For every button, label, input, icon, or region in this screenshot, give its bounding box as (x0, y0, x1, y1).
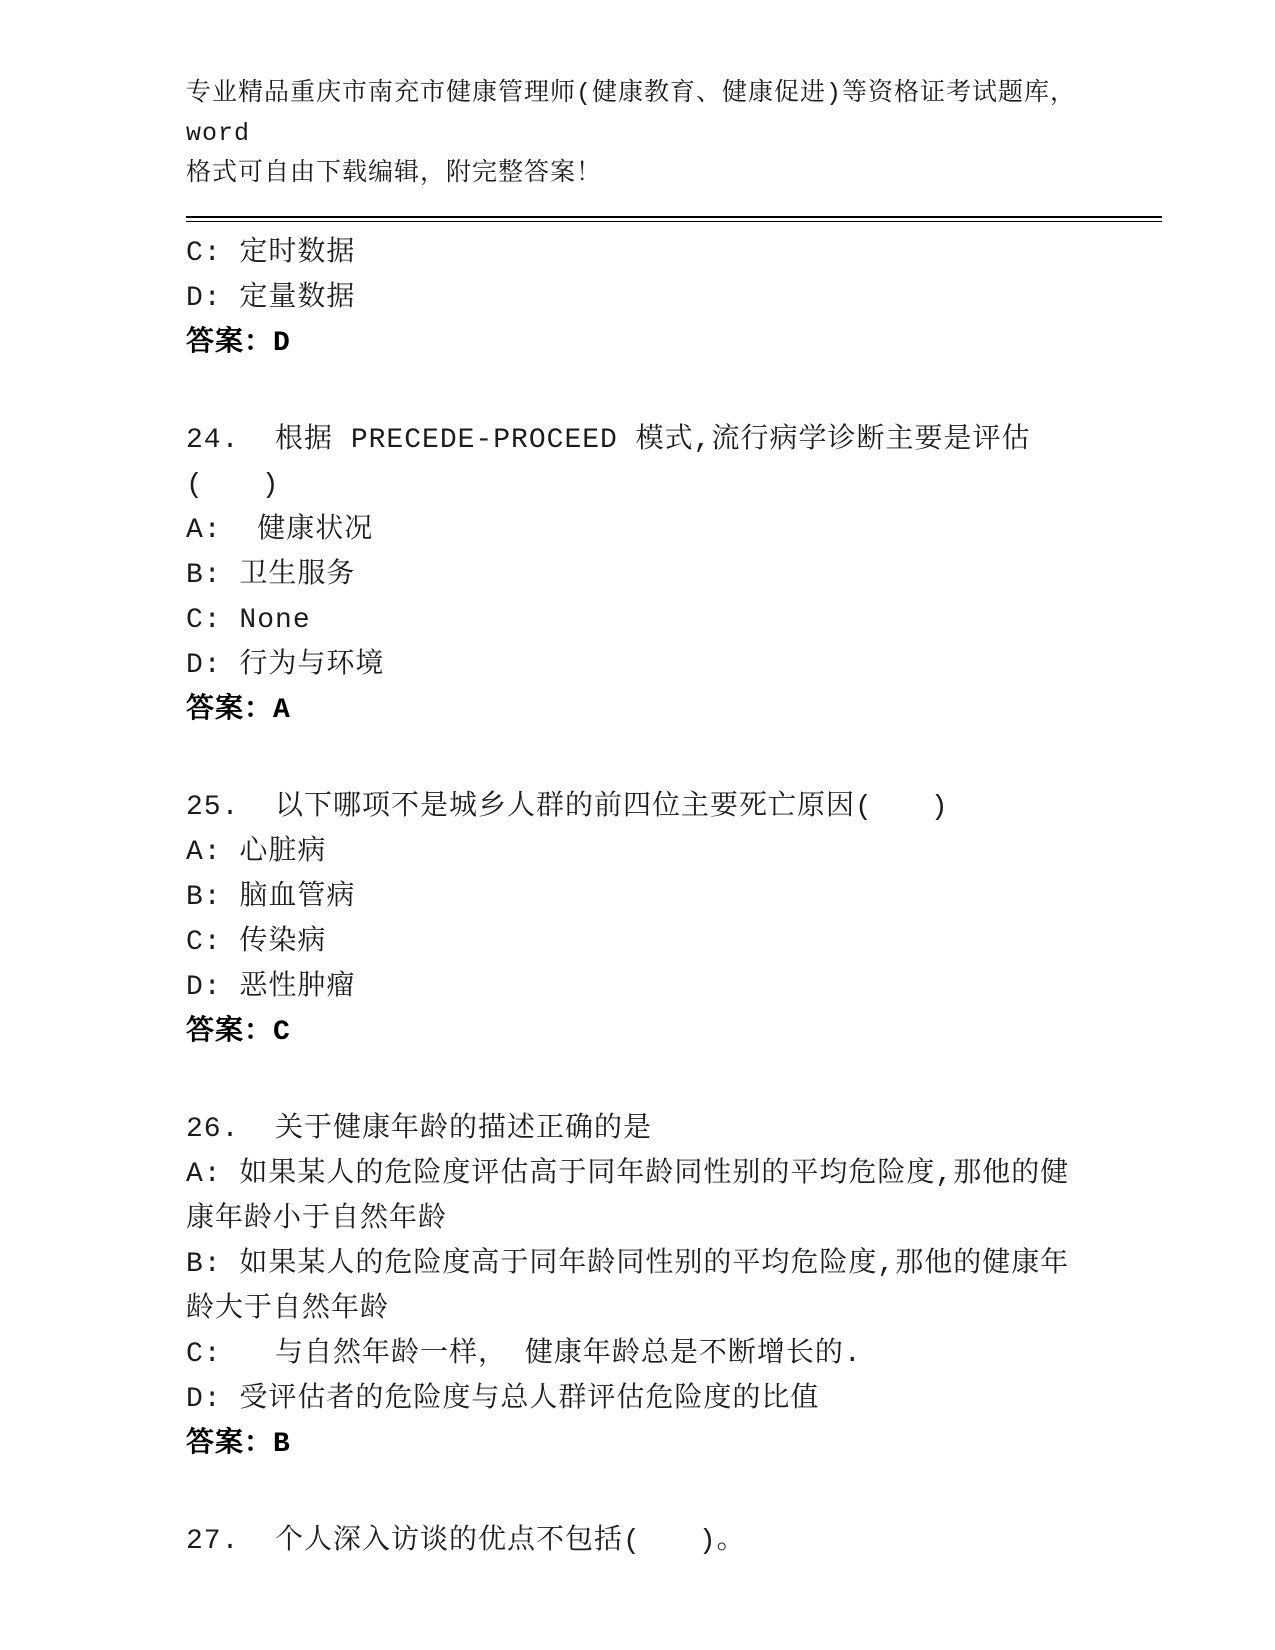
question-block: 27. 个人深入访谈的优点不包括( )。 (186, 1519, 1091, 1564)
answer-line: 答案：A (186, 688, 1091, 733)
answer-line: 答案：C (186, 1010, 1091, 1055)
question-stem: 25. 以下哪项不是城乡人群的前四位主要死亡原因( ) (186, 785, 1091, 830)
question-stem: 27. 个人深入访谈的优点不包括( )。 (186, 1519, 1091, 1564)
answer-line: 答案：B (186, 1422, 1091, 1467)
document-page: 专业精品重庆市南充市健康管理师(健康教育、健康促进)等资格证考试题库，word … (0, 0, 1275, 1650)
option-line: C: None (186, 598, 1091, 643)
option-line: D: 受评估者的危险度与总人群评估危险度的比值 (186, 1377, 1091, 1422)
option-line: B: 如果某人的危险度高于同年龄同性别的平均危险度,那他的健康年龄大于自然年龄 (186, 1242, 1091, 1332)
question-block: 25. 以下哪项不是城乡人群的前四位主要死亡原因( )A: 心脏病B: 脑血管病… (186, 785, 1091, 1055)
option-line: B: 脑血管病 (186, 875, 1091, 920)
question-block: 26. 关于健康年龄的描述正确的是A: 如果某人的危险度评估高于同年龄同性别的平… (186, 1107, 1091, 1467)
option-line: A: 健康状况 (186, 508, 1091, 553)
option-line: C: 与自然年龄一样， 健康年龄总是不断增长的. (186, 1332, 1091, 1377)
option-line: A: 如果某人的危险度评估高于同年龄同性别的平均危险度,那他的健康年龄小于自然年… (186, 1152, 1091, 1242)
question-block: C: 定时数据D: 定量数据答案：D (186, 231, 1091, 366)
question-block: 24. 根据 PRECEDE-PROCEED 模式,流行病学诊断主要是评估( )… (186, 418, 1091, 733)
question-stem: 26. 关于健康年龄的描述正确的是 (186, 1107, 1091, 1152)
answer-line: 答案：D (186, 321, 1091, 366)
document-body: C: 定时数据D: 定量数据答案：D24. 根据 PRECEDE-PROCEED… (186, 222, 1091, 1564)
header-line-2: 格式可自由下载编辑，附完整答案！ (186, 154, 1091, 194)
option-line: C: 定时数据 (186, 231, 1091, 276)
option-line: D: 行为与环境 (186, 643, 1091, 688)
option-line: D: 定量数据 (186, 276, 1091, 321)
option-line: B: 卫生服务 (186, 553, 1091, 598)
option-line: D: 恶性肿瘤 (186, 965, 1091, 1010)
option-line: C: 传染病 (186, 920, 1091, 965)
question-stem: 24. 根据 PRECEDE-PROCEED 模式,流行病学诊断主要是评估( ) (186, 418, 1091, 508)
header-line-1: 专业精品重庆市南充市健康管理师(健康教育、健康促进)等资格证考试题库，word (186, 74, 1091, 154)
page-header: 专业精品重庆市南充市健康管理师(健康教育、健康促进)等资格证考试题库，word … (186, 0, 1091, 194)
option-line: A: 心脏病 (186, 830, 1091, 875)
